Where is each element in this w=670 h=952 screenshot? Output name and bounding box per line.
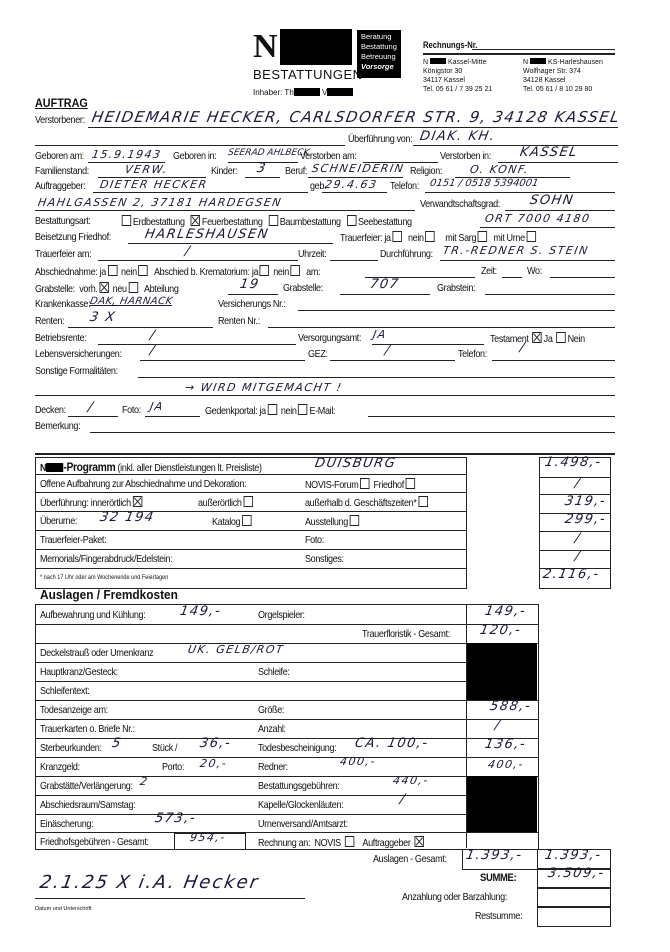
born-in-label: Geboren in:: [173, 150, 216, 162]
program-row-divider: [35, 530, 466, 531]
size-label: Größe:: [258, 704, 284, 716]
marital-status-field[interactable]: VERW.: [124, 163, 169, 176]
checkbox-bill-client[interactable]: [414, 836, 423, 847]
plot-line: [340, 294, 430, 295]
health-insurance-label: Krankenkasse:: [35, 298, 90, 310]
plot-field[interactable]: 707: [369, 277, 401, 292]
ribbon-text-label: Schleifentext:: [40, 685, 89, 697]
owner-label: Inhaber: Th: [253, 88, 294, 97]
checkbox-feuerbestattung[interactable]: [191, 215, 200, 226]
program-amount-top[interactable]: 1.498,-: [544, 455, 603, 470]
expenses-divider: [35, 662, 466, 663]
checkbox-bill-novis[interactable]: [345, 836, 354, 847]
expenses-divider: [35, 681, 466, 682]
chapel-label: Kapelle/Glockenläuten:: [258, 799, 343, 811]
floristry-total-label: Trauerfloristik - Gesamt:: [362, 628, 450, 640]
other-formalities-line: [138, 377, 615, 378]
pension-no-label: Renten Nr.:: [218, 315, 260, 327]
other-formalities-field[interactable]: → WIRD MITGEMACHT !: [184, 381, 344, 394]
photo-label: Foto:: [122, 404, 141, 416]
program-row-transfer: Überführung: innerörtlich: [40, 496, 144, 509]
owner-line: Inhaber: Th V: [253, 88, 353, 97]
photo-line: [145, 416, 200, 417]
program-row-trauerfeier: Trauerfeier-Paket:: [40, 534, 106, 546]
storage-label: Aufbewahrung und Kühlung:: [40, 609, 145, 621]
program-row-foto: Foto:: [305, 534, 324, 546]
farewell-room-label: Abschiedsraum/Samstag:: [40, 799, 135, 811]
client-line: [93, 192, 308, 193]
program-row-urn-opt2: Ausstellung: [305, 515, 361, 528]
checkbox-mit-sarg[interactable]: [478, 231, 487, 242]
expenses-divider: [35, 624, 538, 625]
logo-letter: N: [253, 28, 278, 66]
gez-label: GEZ:: [308, 348, 328, 360]
deposit-label: Anzahlung oder Barzahlung:: [402, 891, 507, 903]
blankets-line: [68, 416, 118, 417]
program-footnote: * nach 17 Uhr oder am Wochenende und Fei…: [40, 574, 168, 581]
program-row-divider: [35, 474, 466, 475]
program-row-memorials: Memorials/Fingerabdruck/Edelstein:: [40, 553, 172, 565]
expenses-title: Auslagen / Fremdkosten: [40, 588, 178, 602]
expenses-divider: [35, 700, 538, 701]
relationship-line: [505, 210, 615, 211]
conducted-by-label: Durchführung:: [380, 248, 433, 260]
checkbox-krematorium-ja[interactable]: [260, 265, 269, 276]
signature-line: [35, 898, 305, 899]
urn-number-field[interactable]: 32 194: [99, 510, 156, 525]
deceased-line: [88, 127, 618, 128]
office-2: N KS-Harleshausen Wolfhager Str. 374 341…: [523, 58, 603, 94]
conducted-by-line: [440, 260, 615, 261]
service-item: Beratung: [361, 32, 397, 42]
gravestone-line: [485, 294, 615, 295]
occupation-label: Beruf:: [285, 165, 307, 177]
cremation-label: Einäscherung:: [40, 818, 93, 830]
checkbox-katalog[interactable]: [242, 515, 251, 526]
client-address-field[interactable]: HAHLGASSEN 2, 37181 HARDEGSEN: [37, 196, 283, 209]
program-row-urn-opt1: Katalog: [212, 515, 253, 528]
header-divider: [423, 53, 615, 55]
program-top-rule: [35, 453, 615, 455]
ribbon-label: Schleife:: [258, 666, 290, 678]
pensions-label: Renten:: [35, 315, 64, 327]
form-title: AUFTRAG: [35, 96, 88, 110]
services-box: Beratung Bestattung Betreuung Vorsorge: [357, 30, 401, 78]
farewell-time-line: [502, 277, 522, 278]
remaining-box[interactable]: [537, 906, 611, 927]
program-row-transfer-opt1: außerörtlich: [198, 496, 254, 509]
pensions-field[interactable]: 3 X: [89, 310, 117, 325]
life-insurance-line: [140, 360, 305, 361]
floristry-total-amount[interactable]: 120,-: [479, 623, 523, 638]
program-row-transfer-opt2: außerhalb d. Geschäftszeiten*: [305, 496, 429, 509]
cemetery-fees-label: Friedhofsgebühren - Gesamt:: [40, 836, 149, 848]
pension-office-label: Versorgungsamt:: [298, 332, 361, 344]
remarks-line: [90, 432, 615, 433]
cremation-field[interactable]: 573,-: [154, 811, 198, 826]
speaker-label: Redner:: [258, 761, 288, 773]
burial-type-label: Bestattungsart:: [35, 215, 91, 227]
expenses-divider: [35, 719, 538, 720]
pension-no-line: [268, 327, 615, 328]
service-date-field[interactable]: /: [184, 244, 193, 259]
burial-fees-field[interactable]: 440,-: [392, 774, 430, 787]
amount-urn[interactable]: 299,-: [564, 512, 608, 527]
program-total[interactable]: 2.116,-: [542, 567, 601, 582]
program-row-urn: Überurne:: [40, 515, 77, 527]
born-on-field[interactable]: 15.9.1943: [91, 148, 163, 161]
deposit-box[interactable]: [537, 887, 611, 908]
expenses-divider: [35, 832, 538, 833]
life-insurance-label: Lebensversicherungen:: [35, 348, 122, 360]
email-line: [368, 416, 615, 417]
obituary-label: Todesanzeige am:: [40, 704, 108, 716]
client-label: Auftraggeber:: [35, 180, 85, 192]
checkbox-ausserhalb[interactable]: [418, 496, 427, 507]
life-insurance-field[interactable]: /: [149, 343, 158, 358]
main-wreath-label: Hauptkranz/Gesteck:: [40, 666, 118, 678]
blacked-out-cell: [467, 776, 537, 832]
blankets-label: Decken:: [35, 404, 66, 416]
cemetery-label: Beisetzung Friedhof:: [35, 231, 111, 243]
expenses-total-right[interactable]: 1.393,-: [544, 848, 603, 863]
checkbox-abschied-nein[interactable]: [138, 265, 147, 276]
checkbox-mit-urne[interactable]: [526, 231, 535, 242]
checkbox-friedhof[interactable]: [406, 478, 415, 489]
postage-label: Porto:: [162, 761, 184, 773]
remarks-label: Bemerkung:: [35, 420, 80, 432]
memorial-portal-row: Gedenkportal: ja neinE-Mail:: [205, 404, 335, 417]
grave-extension-label: Grabstätte/Verlängerung:: [40, 780, 133, 792]
expenses-divider: [35, 757, 538, 758]
expenses-divider: [35, 643, 538, 644]
urn-wreath-label: Deckelstrauß oder Urnenkranz: [40, 647, 153, 659]
checkbox-abschied-ja[interactable]: [108, 265, 117, 276]
death-notice-label: Todesbescheinigung:: [258, 742, 336, 754]
section-field[interactable]: 19: [239, 277, 261, 292]
phone2-label: Telefon:: [458, 348, 487, 360]
other-formalities-line-2: [35, 395, 615, 396]
gez-field[interactable]: /: [384, 343, 393, 358]
children-label: Kinder:: [211, 165, 237, 177]
blacked-out-cell: [467, 643, 537, 700]
died-in-label: Verstorben in:: [440, 150, 491, 162]
program-row-aufbahrung-options: NOVIS-Forum Friedhof: [305, 478, 417, 491]
phone-field[interactable]: 0151 / 0518 5394001: [429, 178, 539, 189]
checkbox-seebestattung[interactable]: [347, 215, 356, 226]
grave-row: Grabstelle: vorh. neu Abteilung: [35, 282, 178, 295]
gravestone-label: Grabstein:: [437, 282, 475, 294]
death-notice-field[interactable]: CA. 100,-: [354, 736, 430, 751]
checkbox-grave-existing[interactable]: [99, 282, 108, 293]
company-pension-field[interactable]: /: [149, 328, 158, 343]
expenses-total[interactable]: 1.393,-: [465, 848, 524, 863]
occupation-field[interactable]: SCHNEIDERIN: [311, 162, 406, 175]
checkbox-novis-forum[interactable]: [360, 478, 369, 489]
service-date-label: Trauerfeier am:: [35, 248, 91, 260]
children-line: [245, 177, 280, 178]
other-formalities-label: Sonstige Formalitäten:: [35, 365, 118, 377]
farewell-where-label: Wo:: [527, 265, 542, 277]
pension-office-field[interactable]: JA: [372, 328, 388, 341]
bill-to-row: Rechnung an: NOVIS Auftraggeber: [258, 836, 426, 849]
transfer-line: [413, 145, 618, 146]
expenses-total-label: Auslagen - Gesamt:: [373, 853, 447, 865]
deceased-line-2: [35, 145, 345, 146]
plot-label: Grabstelle:: [283, 282, 323, 294]
section-line: [228, 294, 278, 295]
relationship-label: Verwandtschaftsgrad:: [420, 198, 500, 210]
checkbox-ausstellung[interactable]: [350, 515, 359, 526]
farewell-where-line: [550, 277, 615, 278]
testament-row: Testament Ja Nein: [490, 332, 585, 345]
wreath-money-label: Kranzgeld:: [40, 761, 80, 773]
health-insurance-field[interactable]: DAK, HARNACK: [89, 296, 174, 307]
expenses-divider: [35, 738, 538, 739]
checkbox-testament-ja[interactable]: [532, 332, 541, 343]
time-line: [330, 260, 378, 261]
checkbox-grave-new[interactable]: [128, 282, 137, 293]
program-row-aufbahrung: Offene Aufbahrung zur Abschiednahme und …: [40, 478, 246, 490]
insurance-no-line: [298, 310, 615, 311]
remaining-label: Restsumme:: [475, 910, 522, 922]
transfer-from-field[interactable]: DIAK. KH.: [419, 129, 497, 144]
checkbox-krematorium-nein[interactable]: [291, 265, 300, 276]
sum-label: SUMME:: [480, 872, 516, 884]
cemetery-line: [128, 243, 333, 244]
redaction-block: [280, 29, 352, 65]
speaker-amount[interactable]: 400,-: [487, 758, 525, 771]
children-field[interactable]: 3: [256, 161, 268, 176]
client-dob-line: [322, 192, 387, 193]
burial-fees-label: Bestattungsgebühren:: [258, 780, 339, 792]
service-date-line: [98, 260, 298, 261]
office-1: N Kassel-Mitte Königstor 30 34117 Kassel…: [423, 58, 492, 94]
organist-label: Orgelspieler:: [258, 609, 305, 621]
storage-amount[interactable]: 149,-: [484, 604, 528, 619]
service-item: Vorsorge: [361, 62, 397, 72]
religion-field[interactable]: O. KONF.: [469, 163, 531, 176]
pensions-line: [68, 327, 213, 328]
funeral-service-options: Trauerfeier: ja nein mit Sarg mit Urne: [340, 231, 538, 244]
quantity-label: Anzahl:: [258, 723, 286, 735]
gez-line: [330, 360, 455, 361]
storage-field[interactable]: 149,-: [179, 604, 223, 619]
photo-field[interactable]: JA: [149, 400, 165, 413]
service-item: Betreuung: [361, 52, 397, 62]
checkbox-portal-nein[interactable]: [298, 404, 307, 415]
cemetery-field[interactable]: HARLESHAUSEN: [144, 227, 270, 242]
program-row-sonstiges: Sonstiges:: [305, 553, 344, 565]
died-in-field[interactable]: KASSEL: [519, 145, 580, 160]
program-title: N-Programm (inkl. aller Dienstleistungen…: [40, 460, 262, 474]
death-certs-label: Sterbeurkunden:: [40, 742, 102, 754]
checkbox-portal-ja[interactable]: [267, 404, 276, 415]
obituary-amount[interactable]: 588,-: [489, 699, 533, 714]
invoice-number-line: [472, 49, 615, 50]
urn-wreath-field[interactable]: UK. GELB/ROT: [187, 643, 285, 656]
time-label: Uhrzeit:: [298, 248, 326, 260]
program-row-divider: [35, 511, 466, 512]
burial-note-field[interactable]: ORT 7000 4180: [484, 212, 592, 225]
checkbox-testament-nein[interactable]: [556, 332, 565, 343]
phone-line: [425, 192, 615, 193]
born-on-label: Geboren am:: [35, 150, 84, 162]
checkbox-ausserortlich[interactable]: [243, 496, 252, 507]
invoice-number-label: Rechnungs-Nr.: [423, 40, 477, 50]
sum-value[interactable]: 3.509,-: [547, 866, 606, 881]
deceased-field[interactable]: HEIDEMARIE HECKER, CARLSDORFER STR. 9, 3…: [90, 108, 621, 126]
transfer-from-label: Überführung von:: [348, 133, 412, 145]
checkbox-erdbestattung[interactable]: [122, 215, 131, 226]
client-address-line: [35, 210, 415, 211]
speaker-field[interactable]: 400,-: [339, 755, 377, 768]
company-pension-line: [98, 344, 296, 345]
amount-transfer[interactable]: 319,-: [564, 494, 608, 509]
death-certs-amount[interactable]: 136,-: [484, 737, 528, 752]
religion-label: Religion:: [410, 165, 442, 177]
checkbox-baumbestattung[interactable]: [269, 215, 278, 226]
insurance-no-label: Versicherungs Nr.:: [218, 298, 286, 310]
expenses-divider: [35, 814, 466, 815]
cemetery-fees-field[interactable]: 954,-: [189, 831, 227, 844]
client-dob-field[interactable]: 29.4.63: [324, 178, 379, 191]
urn-shipping-label: Urnenversand/Amtsarzt:: [258, 818, 348, 830]
checkbox-innerortlich[interactable]: [133, 496, 142, 507]
farewell-time-label: Zeit:: [481, 265, 497, 277]
service-item: Bestattung: [361, 42, 397, 52]
death-certs-price[interactable]: 36,-: [199, 736, 233, 751]
born-in-field[interactable]: SEERAD AHLBECK: [227, 148, 310, 158]
checkbox-trauerfeier-nein[interactable]: [425, 231, 434, 242]
client-field[interactable]: DIETER HECKER: [99, 178, 209, 191]
burial-note-line: [480, 227, 615, 228]
cards-label: Trauerkarten o. Briefe Nr.:: [40, 723, 135, 735]
pieces-label: Stück /: [152, 742, 177, 754]
deceased-label: Verstorbener:: [35, 114, 85, 126]
program-row-divider: [35, 492, 466, 493]
blankets-field[interactable]: /: [87, 400, 96, 415]
farewell-row: Abschiednahme: ja nein Abschied b. Krema…: [35, 265, 320, 278]
expenses-divider: [35, 776, 538, 777]
program-row-divider: [35, 549, 466, 550]
checkbox-trauerfeier-ja[interactable]: [392, 231, 401, 242]
phone2-line: [492, 360, 615, 361]
program-name-field[interactable]: DUISBURG: [314, 456, 398, 471]
postage-field[interactable]: 20,-: [199, 757, 229, 770]
marital-status-label: Familienstand:: [35, 165, 89, 177]
signature-field[interactable]: 2.1.25 X i.A. Hecker: [38, 872, 261, 893]
died-on-label: Verstorben am:: [300, 150, 356, 162]
company-pension-label: Betriebsrente:: [35, 332, 86, 344]
phone-label: Telefon:: [390, 180, 419, 192]
relationship-field[interactable]: SOHN: [529, 193, 576, 208]
signature-label: Datum und Unterschrift: [35, 906, 92, 912]
brand-name: BESTATTUNGEN: [253, 67, 363, 82]
conducted-by-field[interactable]: TR.-REDNER S. STEIN: [442, 244, 590, 257]
phone2-field[interactable]: /: [519, 340, 528, 355]
program-row-divider: [35, 568, 466, 569]
